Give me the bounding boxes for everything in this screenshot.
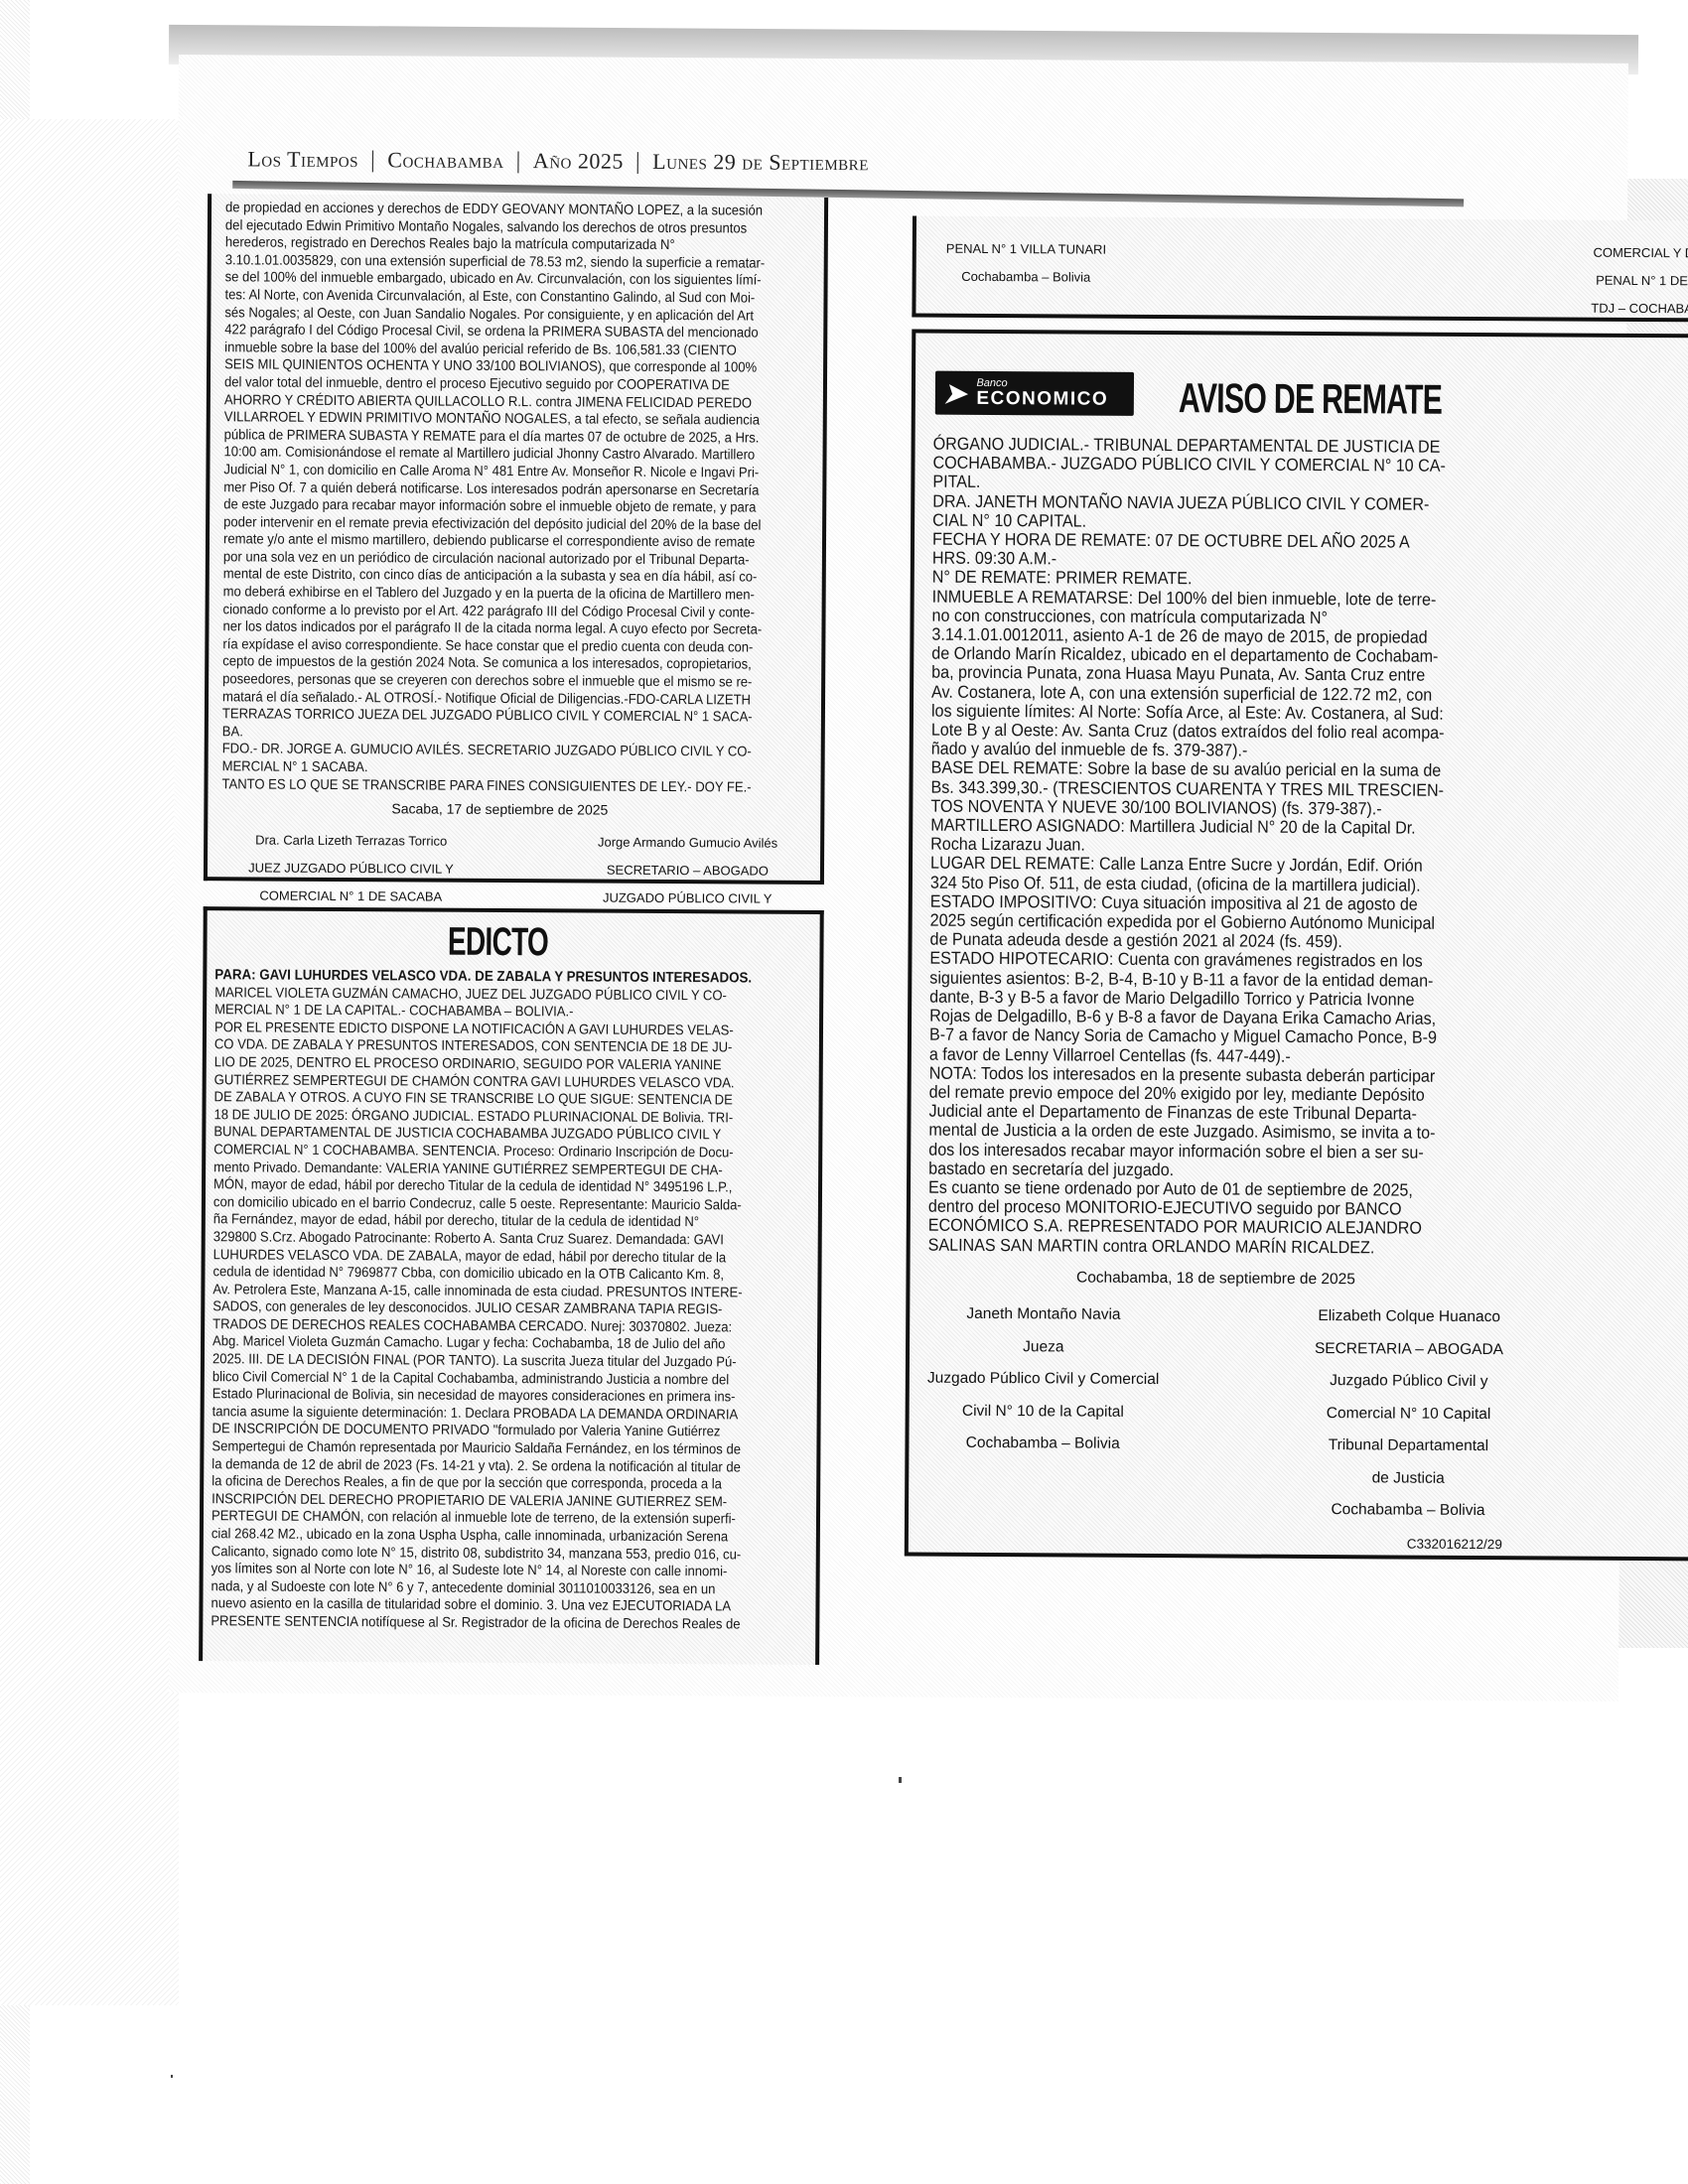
text-line: COCHABAMBA.- JUZGADO PÚBLICO CIVIL Y COM… — [932, 454, 1504, 477]
remate-notice-left: de propiedad en acciones y derechos de E… — [204, 194, 828, 885]
signature-line: SECRETARIO – ABOGADO — [598, 863, 777, 879]
signature-line: Juzgado Público Civil y Comercial — [927, 1370, 1160, 1388]
aviso-title: AVISO DE REMATE — [1179, 374, 1465, 424]
notice-body: de propiedad en acciones y derechos de E… — [221, 200, 777, 797]
signature-line: SECRETARIA – ABOGADA — [1315, 1340, 1503, 1358]
bank-logo-big: ECONOMICO — [976, 389, 1108, 409]
edicto-title: EDICTO — [300, 919, 696, 966]
signature-line: Juzgado Público Civil y — [1315, 1372, 1503, 1390]
signature-secretary: Elizabeth Colque HuanacoSECRETARIA – ABO… — [1314, 1293, 1504, 1535]
text-line: TERRAZAS TORRICO JUEZA DEL JUZGADO PÚBLI… — [222, 706, 775, 727]
scan-speck — [899, 1777, 902, 1783]
aviso-body: ÓRGANO JUDICIAL.- TRIBUNAL DEPARTAMENTAL… — [928, 435, 1505, 1258]
notice-dateline: Sacaba, 17 de septiembre de 2025 — [221, 799, 777, 818]
banco-economico-logo: ➤ Banco ECONOMICO — [935, 371, 1134, 416]
notice-code: C332016212/29 — [926, 1533, 1502, 1552]
newspaper-name: Los Tiempos — [247, 146, 358, 173]
signature-line: COMERCIAL Y DE SENTENCIA — [1592, 245, 1688, 261]
separator: | — [515, 148, 520, 175]
masthead-date: Lunes 29 de Septiembre — [652, 149, 869, 176]
scan-speck — [171, 2075, 173, 2078]
bank-logo-icon: ➤ — [941, 376, 972, 409]
signature-block: PENAL N° 1 VILLA TUNARICochabamba – Boli… — [945, 228, 1688, 330]
text-line: PRESENTE SENTENCIA notifíquese al Sr. Re… — [211, 1613, 773, 1634]
masthead-year: Año 2025 — [533, 148, 624, 175]
signature-line: Elizabeth Colque Huanaco — [1315, 1307, 1503, 1325]
previous-notice-right: PENAL N° 1 VILLA TUNARICochabamba – Boli… — [912, 216, 1688, 323]
signature-line: Cochabamba – Bolivia — [1314, 1501, 1502, 1519]
separator: | — [370, 147, 375, 174]
signature-line: Janeth Montaño Navia — [927, 1305, 1160, 1323]
text-line: SALINAS SAN MARTIN contra ORLANDO MARÍN … — [928, 1235, 1500, 1258]
signature-line: JUZGADO PÚBLICO CIVIL Y — [598, 890, 777, 906]
signature-right: COMERCIAL Y DE SENTENCIAPENAL N° 1 DE VI… — [1591, 232, 1688, 330]
signature-line: Cochabamba – Bolivia — [946, 269, 1106, 285]
signature-line: PENAL N° 1 DE VILLA TUNARI — [1591, 273, 1688, 289]
aviso-dateline: Cochabamba, 18 de septiembre de 2025 — [927, 1268, 1503, 1290]
signature-line: TDJ – COCHABAMBA - BOLIVIA — [1591, 301, 1688, 317]
scan-shadow-left — [0, 119, 179, 2005]
signature-line: de Justicia — [1314, 1469, 1502, 1487]
aviso-de-remate-notice: ➤ Banco ECONOMICO AVISO DE REMATE ÓRGANO… — [905, 330, 1688, 1562]
signature-left: PENAL N° 1 VILLA TUNARICochabamba – Boli… — [945, 228, 1106, 326]
signature-line: PENAL N° 1 VILLA TUNARI — [946, 241, 1106, 257]
text-line: TANTO ES LO QUE SE TRANSCRIBE PARA FINES… — [221, 776, 774, 797]
signature-line: Jorge Armando Gumucio Avilés — [598, 835, 777, 851]
signature-judge: Janeth Montaño NaviaJuezaJuzgado Público… — [926, 1290, 1160, 1532]
signature-line: Civil N° 10 de la Capital — [927, 1402, 1160, 1420]
signature-block: Janeth Montaño NaviaJuezaJuzgado Público… — [926, 1290, 1503, 1535]
signature-line: Jueza — [927, 1337, 1160, 1355]
signature-line: Cochabamba – Bolivia — [926, 1434, 1159, 1452]
signature-line: COMERCIAL N° 1 DE SACABA — [221, 887, 481, 904]
edicto-notice: EDICTO PARA: GAVI LUHURDES VELASCO VDA. … — [199, 906, 824, 1665]
masthead: Los Tiempos | Cochabamba | Año 2025 | Lu… — [247, 139, 1081, 184]
edicto-body: MARICEL VIOLETA GUZMÁN CAMACHO, JUEZ DEL… — [211, 985, 776, 1634]
signature-line: Tribunal Departamental — [1314, 1436, 1502, 1454]
masthead-city: Cochabamba — [387, 147, 503, 174]
signature-line: JUEZ JUZGADO PÚBLICO CIVIL Y — [221, 860, 481, 877]
signature-line: Dra. Carla Lizeth Terrazas Torrico — [221, 832, 481, 849]
separator: | — [635, 148, 640, 175]
signature-line: Comercial N° 10 Capital — [1315, 1405, 1503, 1423]
newspaper-page: Los Tiempos | Cochabamba | Año 2025 | Lu… — [169, 55, 1628, 1702]
